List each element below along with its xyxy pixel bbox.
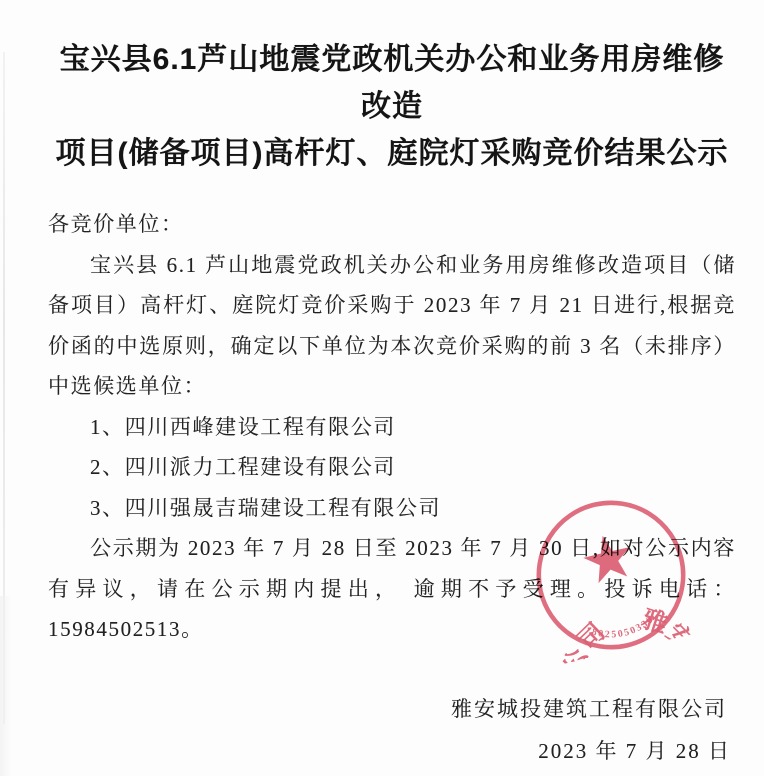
announcement-text: 各竞价单位： 宝兴县 6.1 芦山地震党政机关办公和业务用房维修改造项目（储备项… <box>48 204 736 650</box>
notice-paragraph: 公示期为 2023 年 7 月 28 日至 2023 年 7 月 30 日,如对… <box>48 528 736 650</box>
winner-item-3: 3、四川强晟吉瑞建设工程有限公司 <box>48 488 736 529</box>
signature-date: 2023 年 7 月 28 日 <box>48 730 736 772</box>
scanned-announcement-page: 宝兴县6.1芦山地震党政机关办公和业务用房维修改造 项目(储备项目)高杆灯、庭院… <box>0 0 764 776</box>
signature-company: 雅安城投建筑工程有限公司 <box>48 688 736 730</box>
salutation: 各竞价单位： <box>48 204 736 245</box>
title-line-1: 宝兴县6.1芦山地震党政机关办公和业务用房维修改造 <box>48 36 736 130</box>
winner-item-2: 2、四川派力工程建设有限公司 <box>48 447 736 488</box>
signature-block: 雅安城投建筑工程有限公司 2023 年 7 月 28 日 <box>48 688 736 772</box>
document-body: 宝兴县6.1芦山地震党政机关办公和业务用房维修改造 项目(储备项目)高杆灯、庭院… <box>48 0 736 772</box>
announcement-title: 宝兴县6.1芦山地震党政机关办公和业务用房维修改造 项目(储备项目)高杆灯、庭院… <box>48 36 736 177</box>
scan-smudge-artifact <box>0 596 12 776</box>
intro-paragraph: 宝兴县 6.1 芦山地震党政机关办公和业务用房维修改造项目（储备项目）高杆灯、庭… <box>48 245 736 407</box>
title-line-2: 项目(储备项目)高杆灯、庭院灯采购竞价结果公示 <box>48 130 736 177</box>
winner-item-1: 1、四川西峰建设工程有限公司 <box>48 407 736 448</box>
